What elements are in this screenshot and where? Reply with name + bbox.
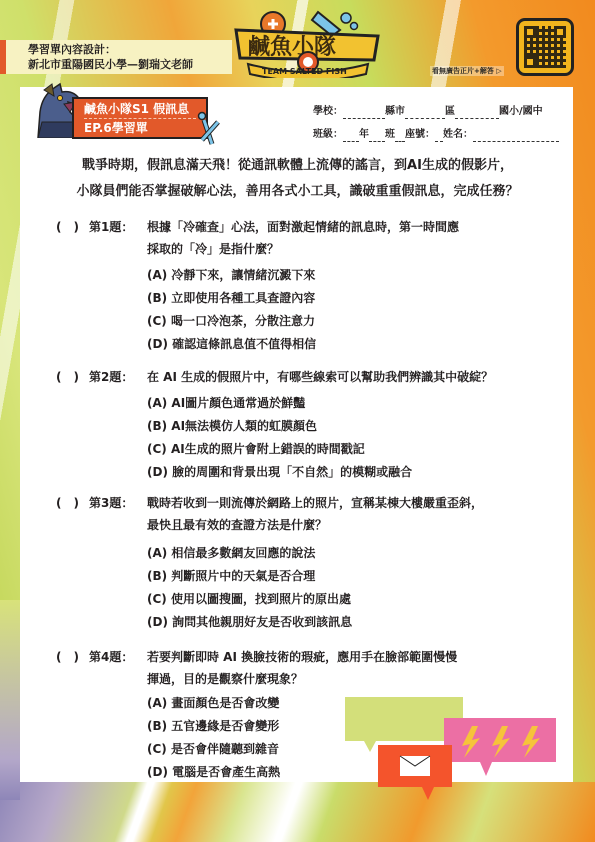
question-number: 第2題： <box>89 366 147 388</box>
school-type-label: 國小/國中 <box>499 105 543 119</box>
qr-note: 看無廣告正片+解答 ▷ <box>430 66 504 76</box>
intro-line-1: 戰爭時期，假訊息滿天飛！從通訊軟體上流傳的謠言，到AI生成的假影片， <box>40 153 555 179</box>
speech-bubbles-decoration <box>340 690 560 810</box>
option-d: (D) 確認這條訊息值不值得相信 <box>147 333 547 356</box>
answer-blank[interactable]: ( ) <box>56 492 89 536</box>
question-text-line-1: 若要判斷即時 AI 換臉技術的瑕疵，應用手在臉部範圍慢慢 <box>147 646 547 668</box>
banner-title: 鹹魚小隊S1 假訊息 <box>84 101 196 119</box>
option-d: (D) 臉的周圍和背景出現「不自然」的模糊或融合 <box>147 461 567 484</box>
option-b: (B) AI無法模仿人類的虹膜顏色 <box>147 415 567 438</box>
county-label: 縣市 <box>385 105 405 119</box>
school-row: 學校： 縣市 區 國小/國中 <box>313 96 559 119</box>
student-info-form: 學校： 縣市 區 國小/國中 班級： 年 班 座號： 姓名： <box>313 96 559 142</box>
episode-banner: 鹹魚小隊S1 假訊息 EP.6學習單 <box>72 97 208 139</box>
orange-mail-bubble-icon <box>378 745 452 800</box>
question-text-line-1: 在 AI 生成的假照片中，有哪些線索可以幫助我們辨識其中破綻？ <box>147 366 567 388</box>
question-text-line-2: 採取的「冷」是指什麼？ <box>147 238 547 260</box>
option-b: (B) 立即使用各種工具查證內容 <box>147 287 547 310</box>
stick-figure-icon <box>194 110 224 150</box>
question-2: ( ) 第2題： 在 AI 生成的假照片中，有哪些線索可以幫助我們辨識其中破綻？… <box>56 366 567 484</box>
qr-pattern <box>524 26 566 68</box>
option-c: (C) AI生成的照片會附上錯誤的時間戳記 <box>147 438 567 461</box>
question-text-line-1: 根據「冷確查」心法，面對激起情緒的訊息時，第一時間應 <box>147 216 547 238</box>
svg-text:鹹魚小隊: 鹹魚小隊 <box>248 34 336 60</box>
question-text-line-2: 最快且最有效的查證方法是什麼？ <box>147 514 547 536</box>
qr-corner <box>524 56 536 68</box>
qr-corner <box>554 26 566 38</box>
class-field[interactable] <box>369 130 385 142</box>
qr-corner <box>524 26 536 38</box>
designer-line-2: 新北市重陽國民小學—劉瑞文老師 <box>28 57 232 72</box>
name-label: 姓名： <box>443 128 473 142</box>
grade-label: 年 <box>359 128 369 142</box>
option-a: (A) 冷靜下來，讓情緒沉澱下來 <box>147 264 547 287</box>
question-3: ( ) 第3題： 戰時若收到一則流傳於網路上的照片，宣稱某棟大樓嚴重歪斜， 最快… <box>56 492 547 634</box>
name-field[interactable] <box>473 130 559 142</box>
question-number: 第1題： <box>89 216 147 260</box>
answer-blank[interactable]: ( ) <box>56 646 89 690</box>
question-1: ( ) 第1題： 根據「冷確查」心法，面對激起情緒的訊息時，第一時間應 採取的「… <box>56 216 547 356</box>
class-label: 班級： <box>313 128 343 142</box>
intro-line-2: 小隊員們能否掌握破解心法，善用各式小工具，識破重重假訊息，完成任務？ <box>40 179 555 205</box>
county-field[interactable] <box>343 107 385 119</box>
background-stripe-left <box>0 600 20 800</box>
answer-blank[interactable]: ( ) <box>56 366 89 388</box>
designer-credit: 學習單內容設計： 新北市重陽國民小學—劉瑞文老師 <box>0 40 232 74</box>
option-d: (D) 詢問其他親朋好友是否收到該訊息 <box>147 611 547 634</box>
class-unit-label: 班 <box>385 128 395 142</box>
grade-field[interactable] <box>343 130 359 142</box>
question-number: 第3題： <box>89 492 147 536</box>
school-label: 學校： <box>313 105 343 119</box>
seat-field[interactable] <box>435 130 443 142</box>
option-a: (A) AI圖片顏色通常過於鮮豔 <box>147 392 567 415</box>
intro-text: 戰爭時期，假訊息滿天飛！從通訊軟體上流傳的謠言，到AI生成的假影片， 小隊員們能… <box>40 153 555 205</box>
pink-lightning-bubble-icon <box>444 718 556 776</box>
spacer-dash <box>395 130 405 142</box>
question-text-line-2: 揮過，目的是觀察什麼現象？ <box>147 668 547 690</box>
banner-subtitle: EP.6學習單 <box>84 119 206 137</box>
qr-code[interactable] <box>516 18 574 76</box>
question-number: 第4題： <box>89 646 147 690</box>
district-field[interactable] <box>405 107 445 119</box>
svg-text:TEAM SALTED FISH: TEAM SALTED FISH <box>262 67 347 76</box>
seat-label: 座號： <box>405 128 435 142</box>
logo-icon: 鹹魚小隊 TEAM SALTED FISH <box>228 8 388 78</box>
team-salted-fish-logo: 鹹魚小隊 TEAM SALTED FISH <box>228 8 388 78</box>
school-name-field[interactable] <box>455 107 499 119</box>
option-a: (A) 相信最多數網友回應的說法 <box>147 542 547 565</box>
option-c: (C) 使用以圖搜圖，找到照片的原出處 <box>147 588 547 611</box>
answer-blank[interactable]: ( ) <box>56 216 89 260</box>
class-row: 班級： 年 班 座號： 姓名： <box>313 119 559 142</box>
option-c: (C) 喝一口冷泡茶，分散注意力 <box>147 310 547 333</box>
district-label: 區 <box>445 105 455 119</box>
question-text-line-1: 戰時若收到一則流傳於網路上的照片，宣稱某棟大樓嚴重歪斜， <box>147 492 547 514</box>
designer-line-1: 學習單內容設計： <box>28 42 232 57</box>
option-b: (B) 判斷照片中的天氣是否合理 <box>147 565 547 588</box>
